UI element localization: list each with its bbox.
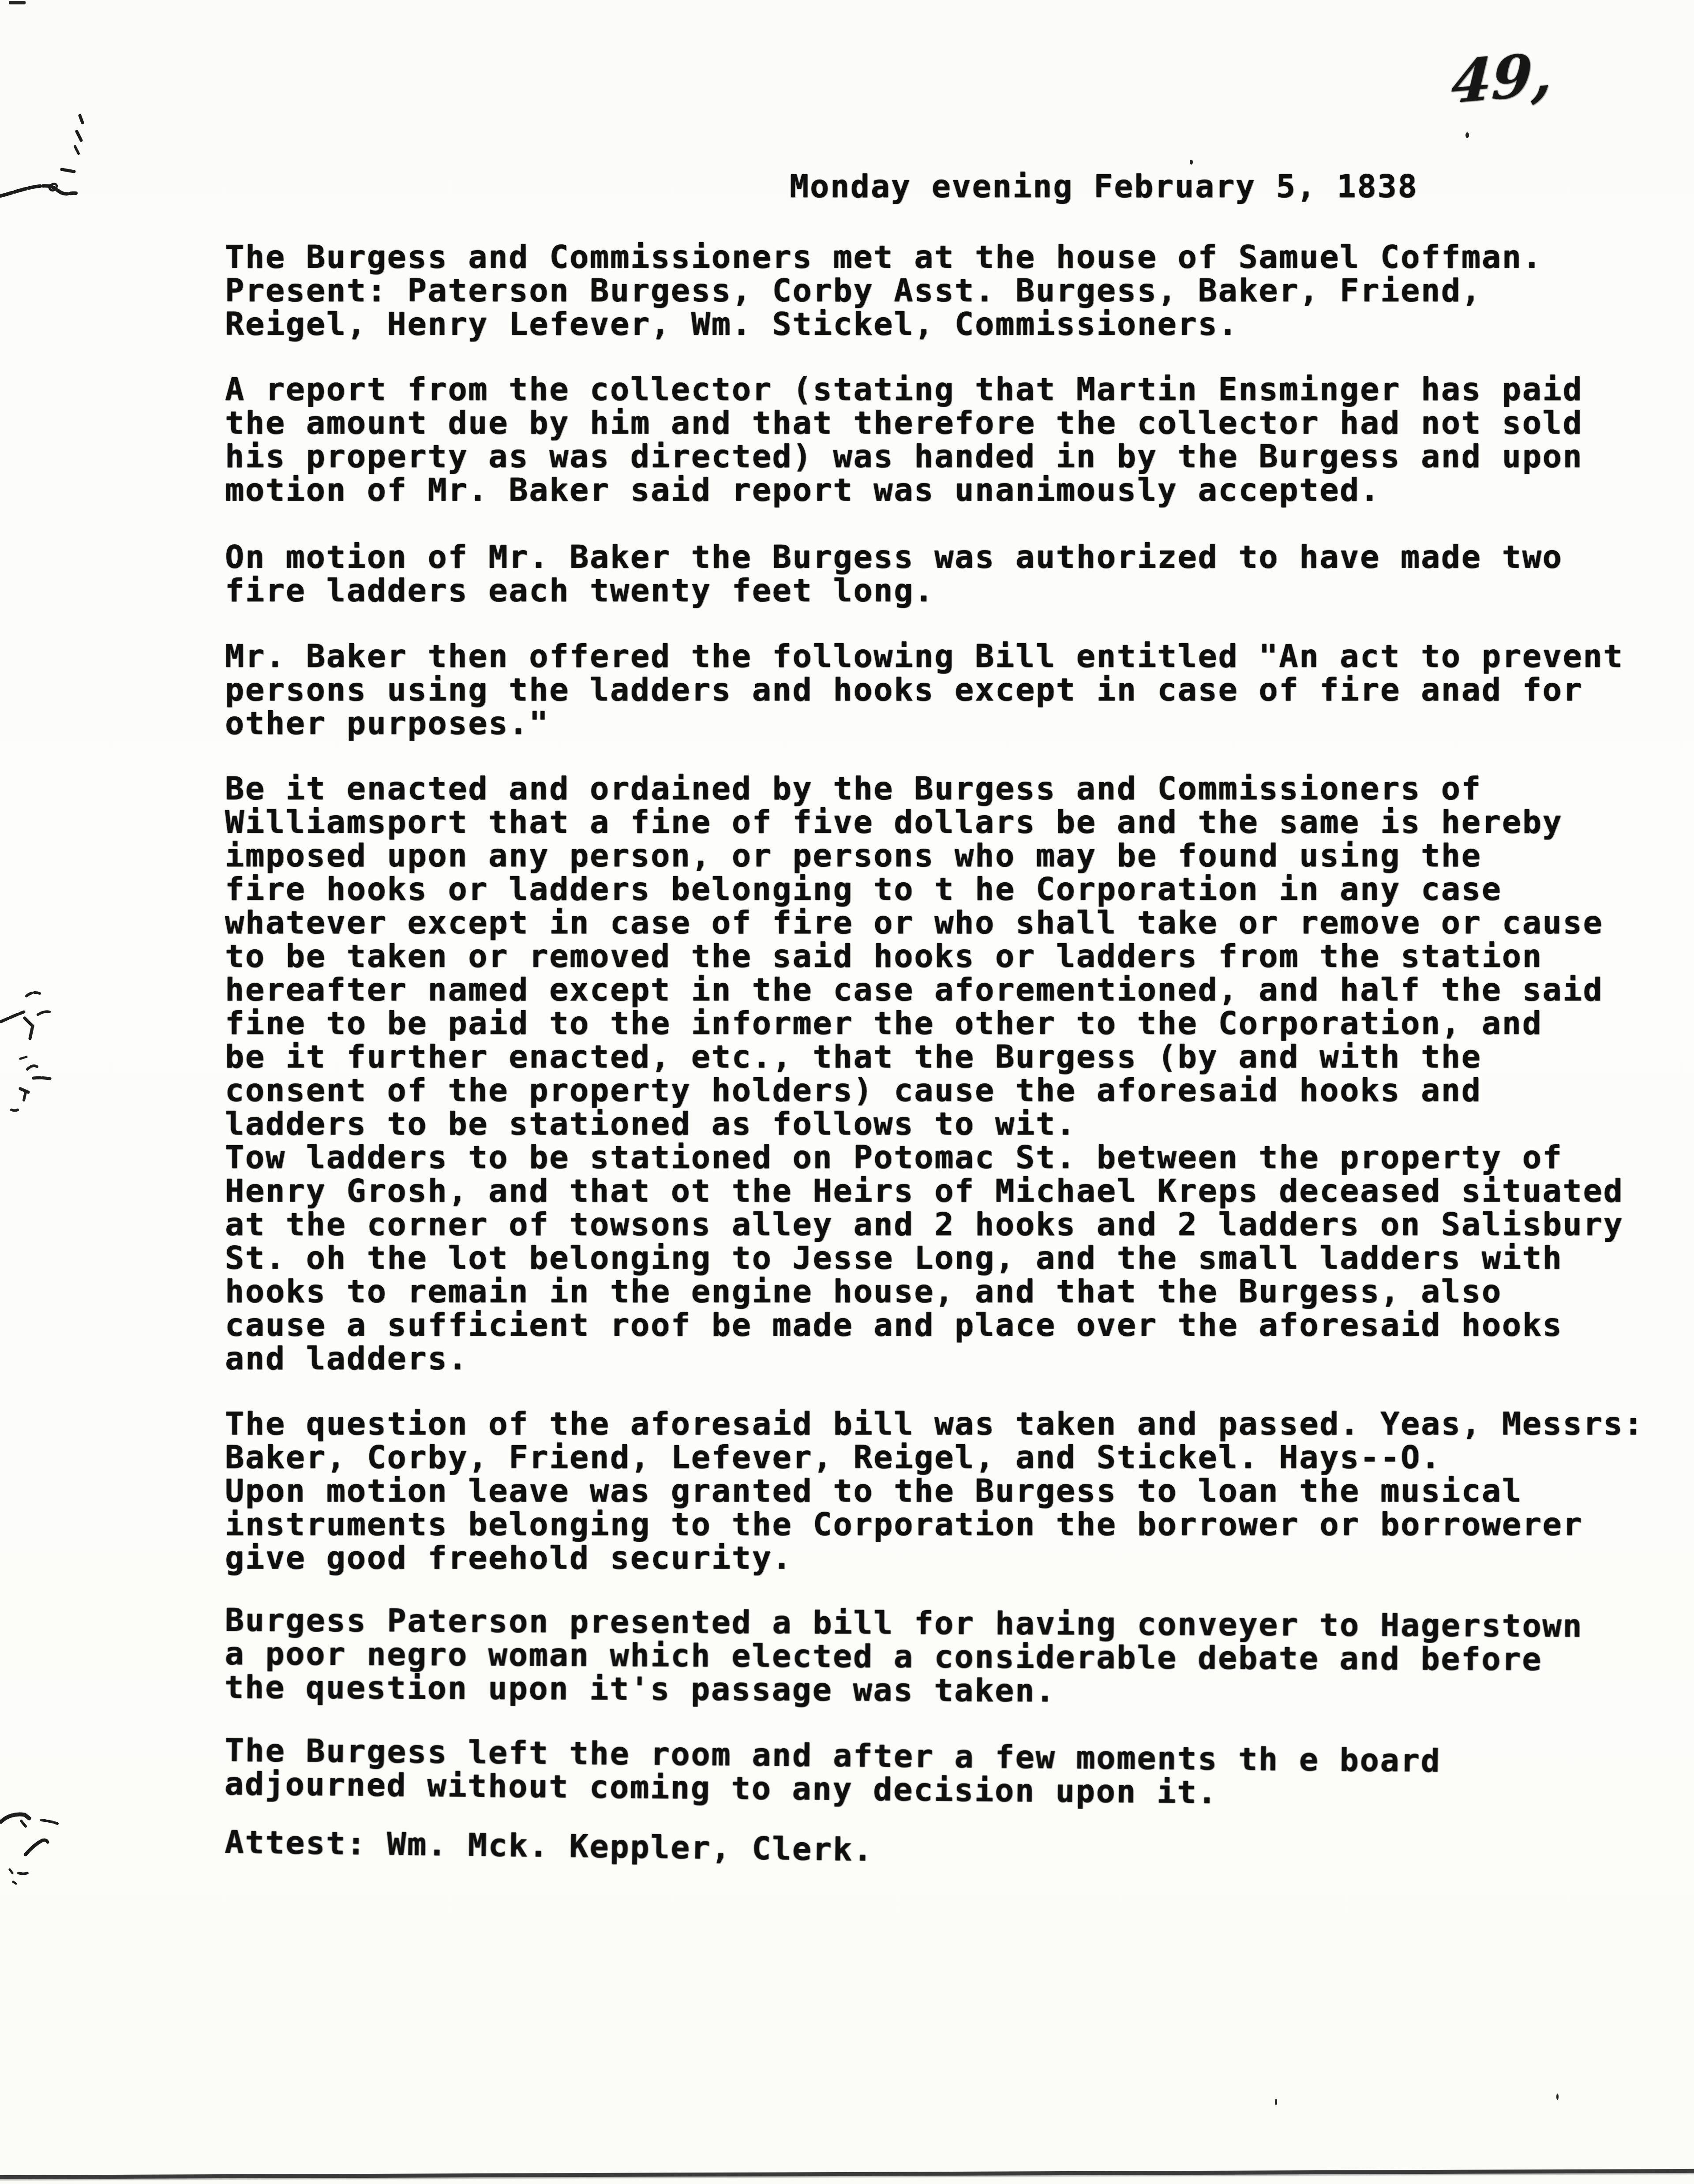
text-line: Henry Grosh, and that ot the Heirs of Mi…: [225, 1174, 1623, 1207]
doc-title-line: Monday evening February 5, 1838: [790, 169, 1418, 203]
text-line: at the corner of towsons alley and 2 hoo…: [225, 1207, 1623, 1241]
text-line: the amount due by him and that therefore…: [225, 406, 1583, 439]
text-line: and ladders.: [225, 1341, 1623, 1375]
text-line: Be it enacted and ordained by the Burges…: [225, 772, 1623, 805]
text-line: fire ladders each twenty feet long.: [225, 573, 1563, 607]
paragraph: The question of the aforesaid bill was t…: [225, 1407, 1644, 1574]
text-line: fire hooks or ladders belonging to t he …: [225, 872, 1623, 906]
text-line: Baker, Corby, Friend, Lefever, Reigel, a…: [225, 1440, 1644, 1474]
text-line: fine to be paid to the informer the othe…: [225, 1006, 1623, 1040]
text-line: persons using the ladders and hooks exce…: [225, 673, 1623, 706]
paragraph: A report from the collector (stating tha…: [225, 372, 1583, 506]
paragraph: The Burgess and Commissioners met at the…: [225, 240, 1543, 341]
ink-smudge-top-left: [0, 109, 101, 215]
text-line: St. oh the lot belonging to Jesse Long, …: [225, 1241, 1623, 1274]
paper-speck: [1275, 2099, 1277, 2105]
paragraph: Be it enacted and ordained by the Burges…: [225, 772, 1623, 1375]
text-line: whatever except in case of fire or who s…: [225, 906, 1623, 939]
text-line: other purposes.": [225, 706, 1623, 740]
text-line: his property as was directed) was handed…: [225, 439, 1583, 473]
text-line: Upon motion leave was granted to the Bur…: [225, 1474, 1644, 1507]
scan-edge-line: [0, 2169, 1694, 2179]
handwritten-page-number: 49,: [1450, 39, 1554, 117]
text-line: consent of the property holders) cause t…: [225, 1073, 1623, 1107]
paper-speck: [1556, 2094, 1559, 2100]
text-line: The Burgess and Commissioners met at the…: [225, 240, 1543, 273]
text-line: Williamsport that a fine of five dollars…: [225, 805, 1623, 839]
text-line: motion of Mr. Baker said report was unan…: [225, 473, 1583, 506]
text-line: be it further enacted, etc., that the Bu…: [225, 1040, 1623, 1073]
paper-speck: [1190, 160, 1193, 165]
text-line: Present: Paterson Burgess, Corby Asst. B…: [225, 273, 1543, 307]
text-line: Tow ladders to be stationed on Potomac S…: [225, 1140, 1623, 1174]
text-line: imposed upon any person, or persons who …: [225, 839, 1623, 872]
text-line: ladders to be stationed as follows to wi…: [225, 1107, 1623, 1140]
paragraph: On motion of Mr. Baker the Burgess was a…: [225, 540, 1563, 607]
text-line: Attest: Wm. Mck. Keppler, Clerk.: [225, 1825, 873, 1866]
paragraph: Attest: Wm. Mck. Keppler, Clerk.: [225, 1825, 873, 1866]
paragraph: The Burgess left the room and after a fe…: [225, 1733, 1441, 1811]
paragraph: Mr. Baker then offered the following Bil…: [225, 639, 1623, 740]
ink-smudge-mid-left: [0, 984, 71, 1116]
text-line: On motion of Mr. Baker the Burgess was a…: [225, 540, 1563, 573]
paper-speck: [1465, 132, 1469, 138]
text-line: Reigel, Henry Lefever, Wm. Stickel, Comm…: [225, 307, 1543, 341]
text-line: hereafter named except in the case afore…: [225, 973, 1623, 1006]
scanned-document-page: 49, Monday evening February 5, 1838 The …: [0, 0, 1694, 2184]
paper-speck: [9, 1, 26, 4]
text-line: hooks to remain in the engine house, and…: [225, 1274, 1623, 1308]
text-line: to be taken or removed the said hooks or…: [225, 939, 1623, 973]
text-line: A report from the collector (stating tha…: [225, 372, 1583, 406]
text-line: Mr. Baker then offered the following Bil…: [225, 639, 1623, 673]
text-line: give good freehold security.: [225, 1541, 1644, 1574]
text-line: instruments belonging to the Corporation…: [225, 1507, 1644, 1541]
paragraph: Burgess Paterson presented a bill for ha…: [225, 1603, 1583, 1709]
ink-smudge-bottom-left: [0, 1795, 84, 1888]
text-line: The question of the aforesaid bill was t…: [225, 1407, 1644, 1440]
text-line: cause a sufficient roof be made and plac…: [225, 1308, 1623, 1341]
